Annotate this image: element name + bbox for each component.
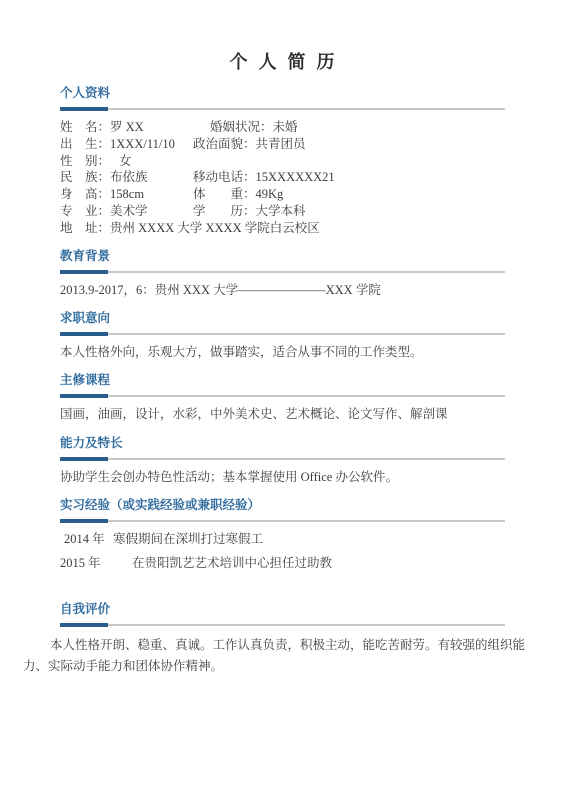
info-label: 地 址： [60,221,110,235]
experience-item: 2014 年寒假期间在深圳打过寒假工 [60,531,505,548]
info-value: 49Kg [256,187,284,201]
info-value: 布依族 [110,170,148,184]
section-heading-education: 教育背景 [60,249,505,264]
info-label: 性 别： [60,154,110,168]
info-col2: 移动电话：15XXXXXX21 [193,169,335,186]
resume-content: 个人资料 姓 名：罗 XX婚姻状况：未婚出 生：1XXX/11/10政治面貌：共… [60,86,505,677]
section-heading-self-evaluation: 自我评价 [60,602,505,617]
abilities-text: 协助学生会创办特色性活动；基本掌握使用 Office 办公软件。 [60,469,505,487]
info-col2: 婚姻状况：未婚 [210,119,298,136]
info-value: 大学本科 [256,204,306,218]
objective-text: 本人性格外向，乐观大方，做事踏实，适合从事不同的工作类型。 [60,344,505,362]
section-heading-courses: 主修课程 [60,373,505,388]
section-divider [60,107,505,111]
info-value: 女 [110,154,132,168]
personal-info-list: 姓 名：罗 XX婚姻状况：未婚出 生：1XXX/11/10政治面貌：共青团员性 … [60,119,505,237]
info-row: 民 族：布依族移动电话：15XXXXXX21 [60,169,505,186]
info-row: 专 业：美术学学 历：大学本科 [60,203,505,220]
info-value: 罗 XX [110,120,144,134]
section-divider [60,394,505,398]
info-value: 未婚 [273,120,298,134]
info-label: 民 族： [60,170,110,184]
info-label: 姓 名： [60,120,110,134]
section-divider [60,457,505,461]
experience-year: 2015 年 [60,555,101,572]
section-divider [60,519,505,523]
info-col2: 政治面貌：共青团员 [193,136,306,153]
info-value: 贵州 XXXX 大学 XXXX 学院白云校区 [110,221,320,235]
section-divider [60,623,505,627]
experience-description: 在贵阳凯艺艺术培训中心担任过助教 [132,555,332,572]
info-col2: 体 重：49Kg [193,186,283,203]
info-value: 共青团员 [256,137,306,151]
info-label: 体 重： [193,187,256,201]
info-row: 出 生：1XXX/11/10政治面貌：共青团员 [60,136,505,153]
info-row: 地 址：贵州 XXXX 大学 XXXX 学院白云校区 [60,220,505,237]
section-heading-experience: 实习经验（或实践经验或兼职经验） [60,498,505,513]
info-value: 15XXXXXX21 [256,170,335,184]
section-divider [60,332,505,336]
section-heading-personal: 个人资料 [60,86,505,101]
info-row: 性 别：女 [60,153,505,170]
experience-item: 2015 年在贵阳凯艺艺术培训中心担任过助教 [60,555,505,572]
experience-description: 寒假期间在深圳打过寒假工 [113,531,263,548]
section-divider [60,270,505,274]
courses-text: 国画，油画，设计，水彩，中外美术史、艺术概论、论文写作、解剖课 [60,406,505,424]
self-evaluation-text: 本人性格开朗、稳重、真诚。工作认真负责，积极主动，能吃苦耐劳。有较强的组织能力、… [23,635,540,677]
page-title: 个 人 简 历 [0,0,567,74]
experience-year: 2014 年 [64,531,105,548]
info-row: 姓 名：罗 XX婚姻状况：未婚 [60,119,505,136]
education-entry: 2013.9-2017，6：贵州 XXX 大学———————XXX 学院 [60,282,505,299]
info-label: 身 高： [60,187,110,201]
info-label: 婚姻状况： [210,120,273,134]
resume-page: 个 人 简 历 个人资料 姓 名：罗 XX婚姻状况：未婚出 生：1XXX/11/… [0,0,567,800]
info-label: 出 生： [60,137,110,151]
section-heading-abilities: 能力及特长 [60,436,505,451]
info-label: 移动电话： [193,170,256,184]
section-heading-objective: 求职意向 [60,311,505,326]
info-col2: 学 历：大学本科 [193,203,306,220]
info-label: 学 历： [193,204,256,218]
info-row: 身 高：158cm体 重：49Kg [60,186,505,203]
info-value: 1XXX/11/10 [110,137,175,151]
info-label: 政治面貌： [193,137,256,151]
info-value: 158cm [110,187,144,201]
info-label: 专 业： [60,204,110,218]
info-value: 美术学 [110,204,148,218]
experience-list: 2014 年寒假期间在深圳打过寒假工2015 年在贵阳凯艺艺术培训中心担任过助教 [60,531,505,572]
